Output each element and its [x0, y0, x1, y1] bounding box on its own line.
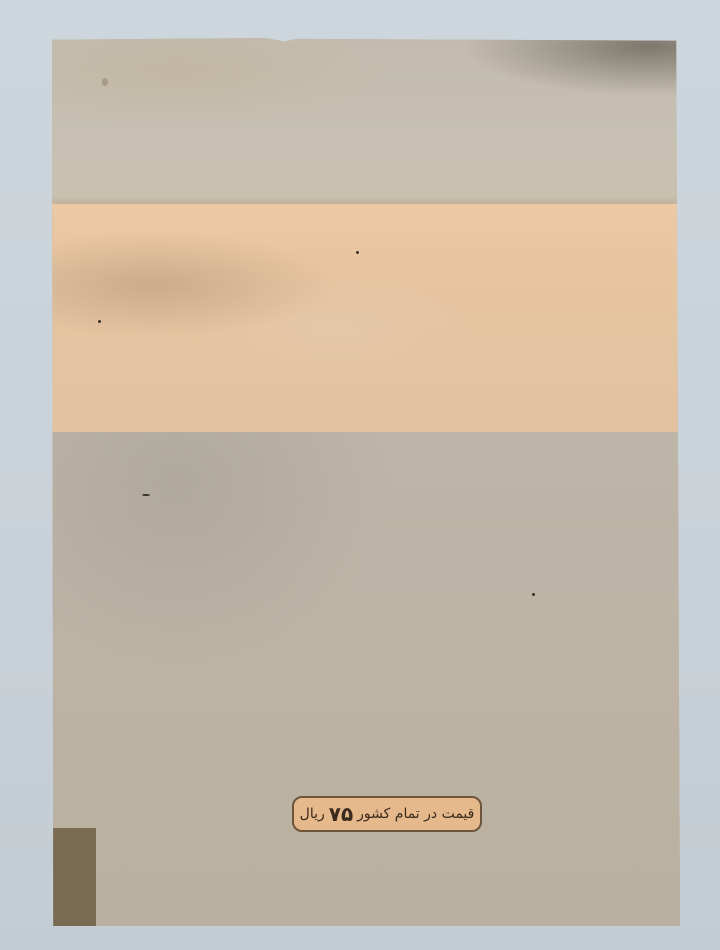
- cover-top-band: [52, 38, 680, 206]
- stain-spot: [356, 251, 359, 254]
- price-amount: ۷۵: [329, 802, 353, 826]
- stain-spot: [98, 320, 101, 323]
- stain-spot: [532, 593, 535, 596]
- price-prefix: قیمت در تمام کشور: [357, 806, 474, 822]
- book-back-cover: قیمت در تمام کشور ۷۵ ریال: [52, 38, 680, 926]
- stain-spot: [102, 78, 108, 86]
- price-currency: ریال: [300, 806, 325, 822]
- price-label: قیمت در تمام کشور ۷۵ ریال: [292, 796, 482, 832]
- library-spine-tab: [52, 828, 96, 926]
- cover-middle-band: [52, 204, 680, 434]
- cover-bottom-band: [52, 432, 680, 926]
- stain-spot: [142, 494, 150, 496]
